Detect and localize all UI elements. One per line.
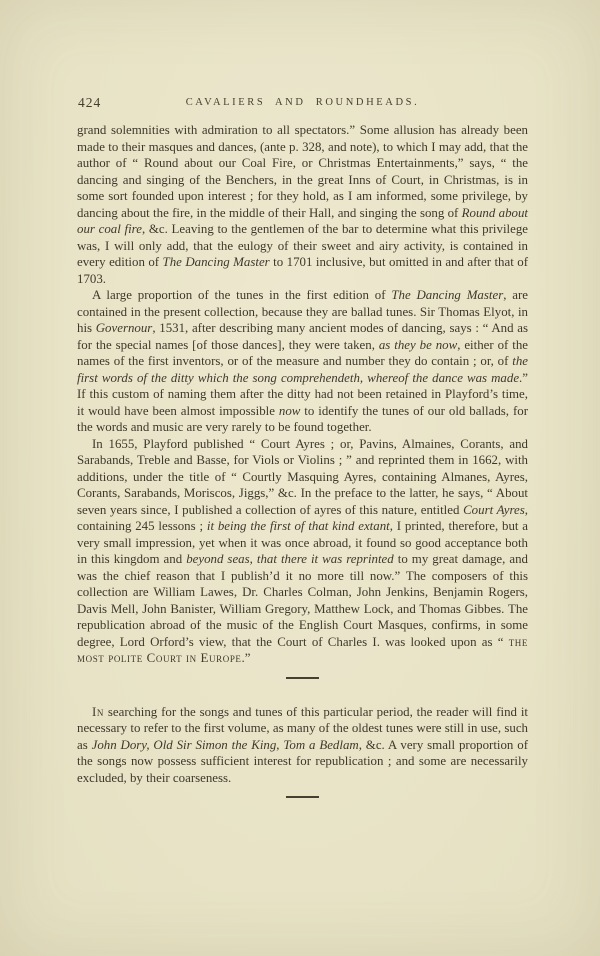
text-segment: The Dancing Master <box>163 255 270 269</box>
text-segment: now <box>279 404 301 418</box>
paragraph: grand solemnities with admiration to all… <box>77 122 528 287</box>
text-segment: it being the first of that kind extant <box>207 519 390 533</box>
running-title: CAVALIERS AND ROUNDHEADS. <box>77 95 528 108</box>
running-head: 424 CAVALIERS AND ROUNDHEADS. <box>77 95 528 111</box>
text-segment: beyond seas, that there it was reprinted <box>186 552 394 566</box>
text-segment: John Dory, Old Sir Simon the King, Tom a… <box>92 738 359 752</box>
text-segment: Governour <box>96 321 153 335</box>
paragraph: A large proportion of the tunes in the f… <box>77 287 528 436</box>
paragraph: In 1655, Playford published “ Court Ayre… <box>77 436 528 667</box>
section-divider <box>286 677 319 679</box>
text-segment: A large proportion of the tunes in the f… <box>92 288 391 302</box>
text-segment: In 1655, Playford published “ Court Ayre… <box>77 437 528 517</box>
text-segment: grand solemnities with admiration to all… <box>77 123 528 220</box>
text-segment: as they be now <box>379 338 457 352</box>
page-number: 424 <box>78 95 101 111</box>
text-segment: In <box>92 705 104 719</box>
text-segment: .” <box>242 651 251 665</box>
body-text: grand solemnities with admiration to all… <box>77 122 528 823</box>
text-segment: to my great damage, and was the chief re… <box>77 552 528 649</box>
book-page: 424 CAVALIERS AND ROUNDHEADS. grand sole… <box>0 0 600 956</box>
text-segment: The Dancing Master <box>391 288 503 302</box>
text-segment: Court Ayres <box>463 503 525 517</box>
paragraph: In searching for the songs and tunes of … <box>77 704 528 787</box>
section-divider <box>286 796 319 798</box>
